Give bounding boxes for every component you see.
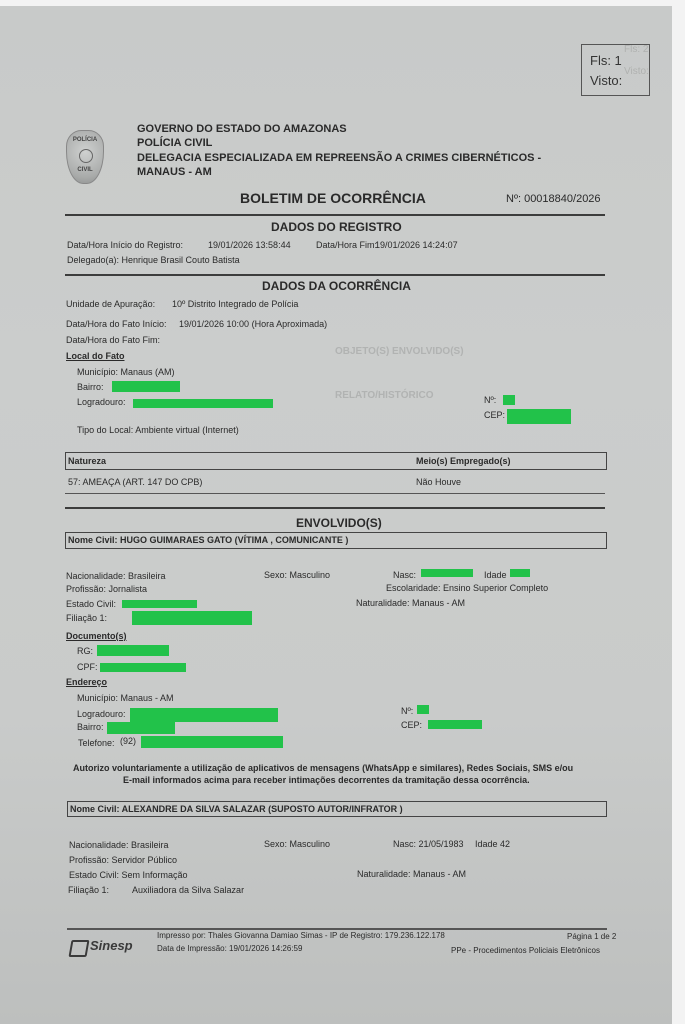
vitima-naturalidade: Naturalidade: Manaus - AM	[356, 598, 465, 608]
header-line-3: DELEGACIA ESPECIALIZADA EM REPREENSÃO A …	[137, 152, 541, 164]
autor-nome: Nome Civil: ALEXANDRE DA SILVA SALAZAR (…	[70, 804, 403, 814]
rg-label: RG:	[77, 646, 93, 656]
visto-label: Visto:	[590, 73, 622, 88]
redaction-bar	[510, 569, 530, 577]
autor-nacionalidade: Nacionalidade: Brasileira	[69, 840, 169, 850]
endereco-numero-label: Nº:	[401, 706, 413, 716]
data-impressao: Data de Impressão: 19/01/2026 14:26:59	[157, 944, 302, 953]
autor-nasc: Nasc: 21/05/1983	[393, 839, 464, 849]
natureza-header: Natureza	[68, 456, 106, 466]
section-title-envolvidos: ENVOLVIDO(S)	[296, 516, 382, 530]
meios-value: Não Houve	[416, 477, 461, 487]
fato-fim-label: Data/Hora do Fato Fim:	[66, 335, 160, 345]
meios-header: Meio(s) Empregado(s)	[416, 456, 511, 466]
bleed-through-text: OBJETO(S) ENVOLVIDO(S)	[335, 346, 464, 357]
autorizacao-line-2: E-mail informados acima para receber int…	[123, 775, 530, 785]
endereco-logradouro-label: Logradouro:	[77, 709, 126, 719]
redaction-bar	[122, 600, 197, 608]
redaction-bar	[133, 399, 273, 408]
vitima-escolaridade: Escolaridade: Ensino Superior Completo	[386, 583, 548, 593]
badge-top-text: POLÍCIA	[67, 137, 103, 143]
local-do-fato-title: Local do Fato	[66, 351, 125, 361]
autor-profissao: Profissão: Servidor Público	[69, 855, 177, 865]
cpf-label: CPF:	[77, 662, 98, 672]
redaction-bar	[112, 381, 180, 392]
vitima-profissao: Profissão: Jornalista	[66, 584, 147, 594]
redaction-bar	[428, 720, 482, 729]
document-page: Fls: 2 Visto: OBJETO(S) ENVOLVIDO(S) REL…	[0, 6, 672, 1024]
divider	[65, 274, 605, 276]
vitima-sexo: Sexo: Masculino	[264, 570, 330, 580]
redaction-bar	[507, 409, 571, 424]
local-municipio: Município: Manaus (AM)	[77, 367, 175, 377]
telefone-label: Telefone:	[78, 738, 115, 748]
vitima-idade-label: Idade	[484, 570, 507, 580]
section-title-registro: DADOS DO REGISTRO	[271, 220, 402, 234]
unidade-value: 10º Distrito Integrado de Polícia	[172, 299, 298, 309]
tipo-do-local: Tipo do Local: Ambiente virtual (Interne…	[77, 425, 239, 435]
delegado: Delegado(a): Henrique Brasil Couto Batis…	[67, 255, 240, 265]
fato-inicio-value: 19/01/2026 10:00 (Hora Aproximada)	[179, 319, 327, 329]
divider	[65, 507, 605, 509]
redaction-bar	[130, 708, 278, 722]
redaction-bar	[97, 645, 169, 656]
section-title-ocorrencia: DADOS DA OCORRÊNCIA	[262, 279, 411, 293]
local-cep-label: CEP:	[484, 410, 505, 420]
divider	[65, 493, 605, 494]
header-line-1: GOVERNO DO ESTADO DO AMAZONAS	[137, 123, 347, 135]
endereco-bairro-label: Bairro:	[77, 722, 104, 732]
local-logradouro-label: Logradouro:	[77, 397, 126, 407]
redaction-bar	[417, 705, 429, 714]
natureza-value: 57: AMEAÇA (ART. 147 DO CPB)	[68, 477, 202, 487]
autorizacao-line-1: Autorizo voluntariamente a utilização de…	[73, 763, 573, 773]
redaction-bar	[107, 722, 175, 734]
registro-fim-label: Data/Hora Fim:	[316, 240, 377, 250]
redaction-bar	[141, 736, 283, 748]
system-name: PPe - Procedimentos Policiais Eletrônico…	[451, 946, 600, 955]
local-numero-label: Nº:	[484, 395, 496, 405]
document-number: Nº: 00018840/2026	[506, 193, 601, 205]
badge-bottom-text: CIVIL	[67, 167, 103, 173]
vitima-nome: Nome Civil: HUGO GUIMARAES GATO (VÍTIMA …	[68, 535, 348, 545]
autor-sexo: Sexo: Masculino	[264, 839, 330, 849]
redaction-bar	[421, 569, 473, 577]
redaction-bar	[132, 611, 252, 625]
header-line-2: POLÍCIA CIVIL	[137, 137, 212, 149]
footer-divider	[67, 928, 607, 930]
endereco-title: Endereço	[66, 677, 107, 687]
unidade-label: Unidade de Apuração:	[66, 299, 155, 309]
sinesp-logo-text: Sinesp	[90, 938, 133, 953]
impresso-por: Impresso por: Thales Giovanna Damiao Sim…	[157, 931, 445, 940]
header-line-4: MANAUS - AM	[137, 166, 212, 178]
vitima-nacionalidade: Nacionalidade: Brasileira	[66, 571, 166, 581]
registro-inicio-label: Data/Hora Início do Registro:	[67, 240, 183, 250]
natureza-header-box	[65, 452, 607, 470]
local-bairro-label: Bairro:	[77, 382, 104, 392]
redaction-bar	[100, 663, 186, 672]
badge-emblem-icon	[79, 149, 93, 163]
autor-idade: Idade 42	[475, 839, 510, 849]
vitima-nasc-label: Nasc:	[393, 570, 416, 580]
folio-box: Fls: 1 Visto:	[581, 44, 650, 96]
registro-inicio-value: 19/01/2026 13:58:44	[208, 240, 291, 250]
policia-civil-badge-icon: POLÍCIA CIVIL	[66, 130, 104, 184]
redaction-bar	[503, 395, 515, 405]
documentos-title: Documento(s)	[66, 631, 127, 641]
folio-label: Fls: 1	[590, 53, 622, 68]
divider	[65, 214, 605, 216]
sinesp-logo-icon	[69, 940, 90, 957]
autor-filiacao-value: Auxiliadora da Silva Salazar	[132, 885, 244, 895]
vitima-filiacao-label: Filiação 1:	[66, 613, 107, 623]
autor-naturalidade: Naturalidade: Manaus - AM	[357, 869, 466, 879]
registro-fim-value: 19/01/2026 14:24:07	[375, 240, 458, 250]
endereco-municipio: Município: Manaus - AM	[77, 693, 174, 703]
autor-estado-civil: Estado Civil: Sem Informação	[69, 870, 188, 880]
bleed-through-text: RELATO/HISTÓRICO	[335, 390, 434, 401]
page-indicator: Página 1 de 2	[567, 932, 616, 941]
endereco-cep-label: CEP:	[401, 720, 422, 730]
document-title: BOLETIM DE OCORRÊNCIA	[240, 190, 426, 206]
telefone-ddd: (92)	[120, 736, 136, 746]
fato-inicio-label: Data/Hora do Fato Início:	[66, 319, 167, 329]
autor-filiacao-label: Filiação 1:	[68, 885, 109, 895]
vitima-estado-civil-label: Estado Civil:	[66, 599, 116, 609]
